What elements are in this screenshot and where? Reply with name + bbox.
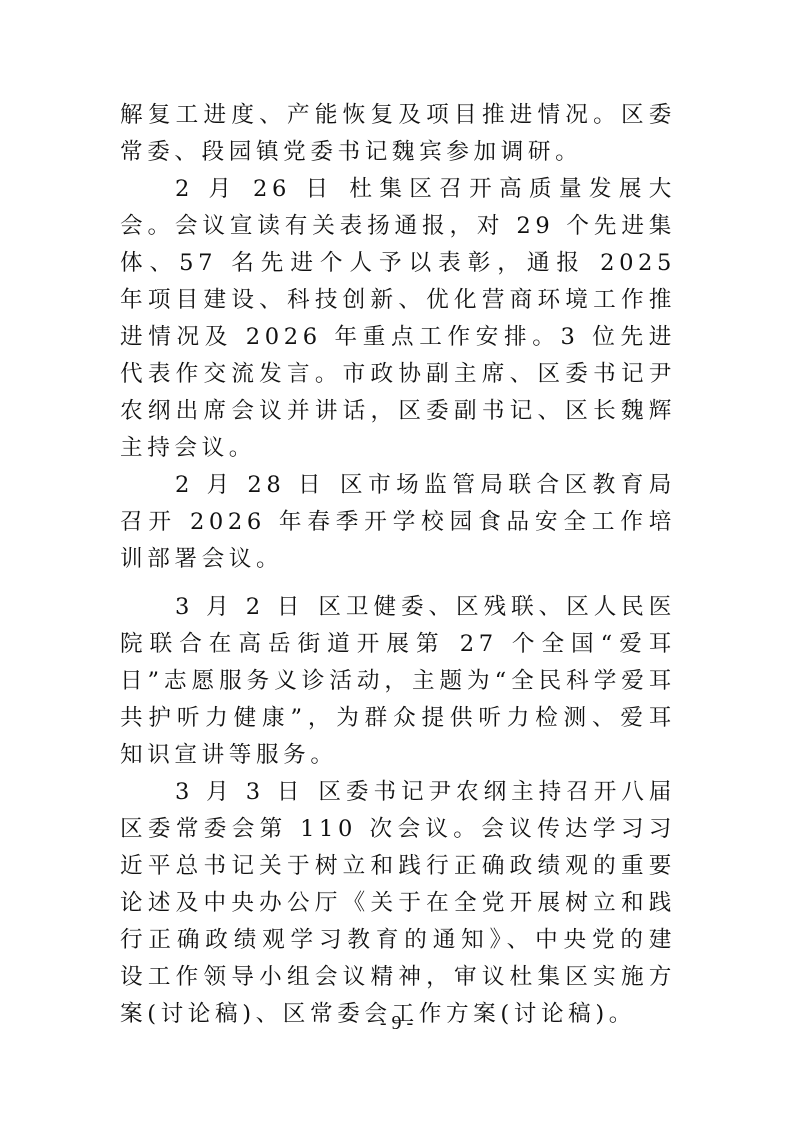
paragraph-text: 区委书记尹农纲主持召开八届区委常委会第 110 次会议。会议传达学习习近平总书记… <box>120 779 676 1027</box>
paragraph-mar-3: 3 月 3 日区委书记尹农纲主持召开八届区委常委会第 110 次会议。会议传达学… <box>120 774 676 1033</box>
entry-date: 3 月 3 日 <box>175 779 304 805</box>
paragraph-continued: 解复工进度、产能恢复及项目推进情况。区委常委、段园镇党委书记魏宾参加调研。 <box>120 97 676 171</box>
entry-date: 2 月 26 日 <box>175 176 335 202</box>
paragraph-feb-26: 2 月 26 日杜集区召开高质量发展大会。会议宣读有关表扬通报，对 29 个先进… <box>120 171 676 467</box>
document-page: 解复工进度、产能恢复及项目推进情况。区委常委、段园镇党委书记魏宾参加调研。 2 … <box>0 0 793 1122</box>
paragraph-text: 解复工进度、产能恢复及项目推进情况。区委常委、段园镇党委书记魏宾参加调研。 <box>120 102 676 165</box>
entry-date: 3 月 2 日 <box>175 594 304 620</box>
text-block-march: 3 月 2 日区卫健委、区残联、区人民医院联合在高岳街道开展第 27 个全国“爱… <box>120 589 676 1033</box>
paragraph-text: 杜集区召开高质量发展大会。会议宣读有关表扬通报，对 29 个先进集体、57 名先… <box>120 176 676 461</box>
paragraph-feb-28: 2 月 28 日区市场监管局联合区教育局召开 2026 年春季开学校园食品安全工… <box>120 467 676 578</box>
paragraph-text: 区卫健委、区残联、区人民医院联合在高岳街道开展第 27 个全国“爱耳日”志愿服务… <box>120 594 676 768</box>
paragraph-mar-2: 3 月 2 日区卫健委、区残联、区人民医院联合在高岳街道开展第 27 个全国“爱… <box>120 589 676 774</box>
text-block-february: 解复工进度、产能恢复及项目推进情况。区委常委、段园镇党委书记魏宾参加调研。 2 … <box>120 97 676 578</box>
entry-date: 2 月 28 日 <box>175 472 326 498</box>
page-number: - 9 - <box>0 1012 793 1035</box>
